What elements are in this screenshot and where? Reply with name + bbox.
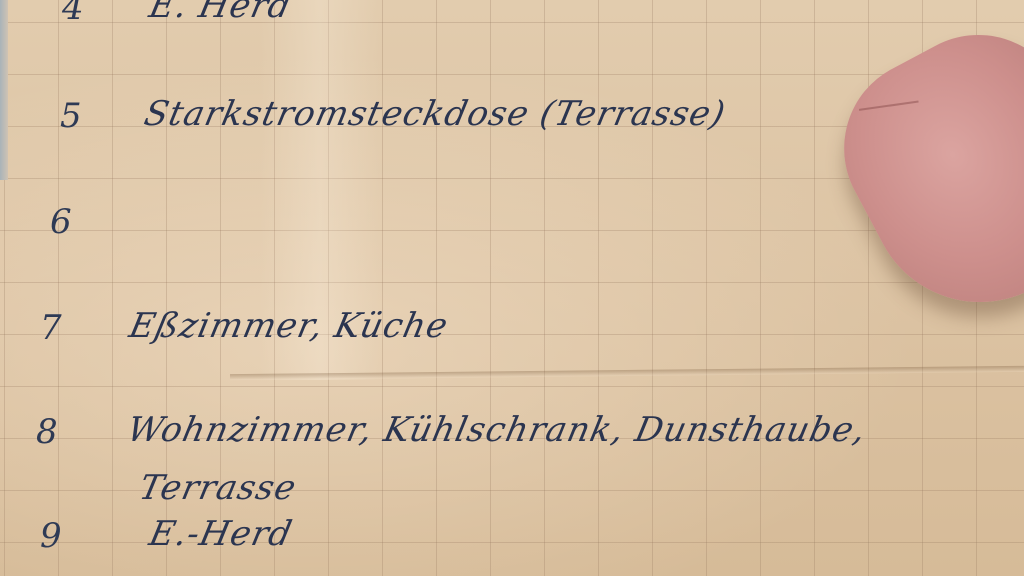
list-item-text: Terrasse (136, 468, 300, 508)
list-item-text: Starkstromsteckdose (Terrasse) (141, 94, 730, 134)
row-number: 8 (36, 412, 58, 452)
row-number: 4 (62, 0, 84, 28)
list-item-text: E. Herd (146, 0, 296, 26)
list-item-text: Eßzimmer, Küche (126, 306, 452, 346)
list-item: E. Herd (150, 0, 291, 26)
row-number: 9 (40, 516, 62, 556)
list-item: Eßzimmer, Küche (130, 306, 448, 346)
list-item-text: E.-Herd (146, 514, 296, 554)
paper-edge (0, 0, 8, 180)
list-item: Wohnzimmer, Kühlschrank, Dunsthaube, (128, 410, 866, 450)
list-item: Starkstromsteckdose (Terrasse) (145, 94, 725, 134)
list-item-continuation: Terrasse (140, 468, 296, 508)
row-number: 7 (40, 308, 62, 348)
finger-crease (859, 101, 919, 111)
graph-paper: 4 E. Herd 5 Starkstromsteckdose (Terrass… (0, 0, 1024, 576)
list-item-text: Wohnzimmer, Kühlschrank, Dunsthaube, (124, 410, 870, 450)
list-item: E.-Herd (150, 514, 292, 554)
row-number: 6 (50, 202, 72, 242)
row-number: 5 (60, 96, 82, 136)
